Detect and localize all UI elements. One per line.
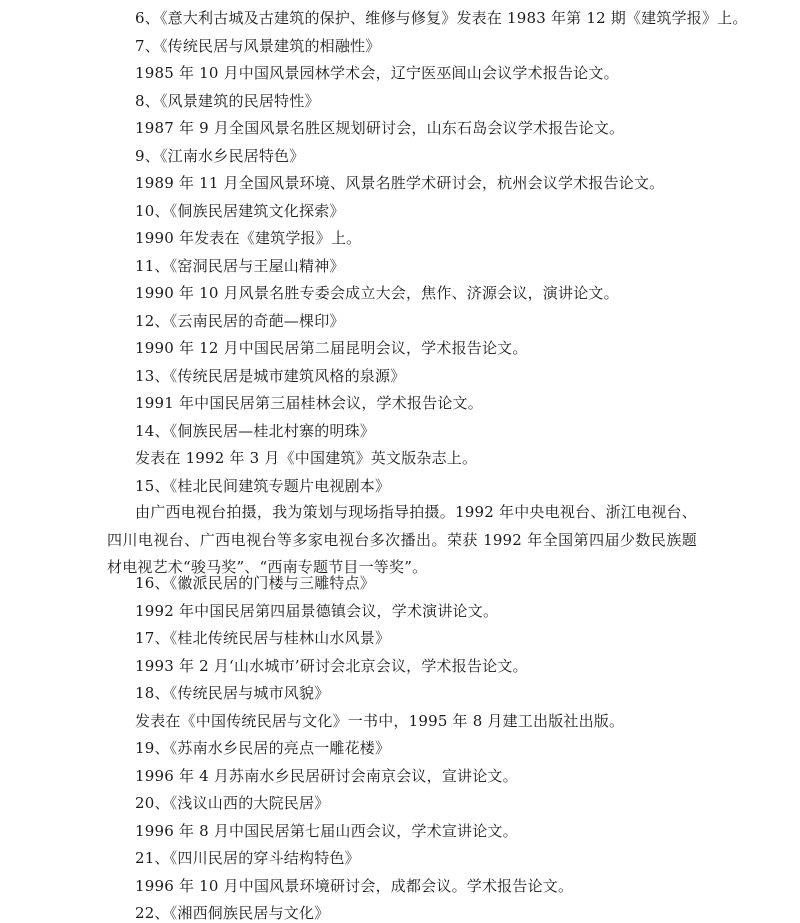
entry-detail-19: 1996 年 4 月苏南水乡民居研讨会南京会议，宣讲论文。 — [135, 766, 518, 786]
entry-title-8: 8、《风景建筑的民居特性》 — [135, 91, 320, 111]
entry-detail-11: 1990 年 10 月风景名胜专委会成立大会，焦作、济源会议，演讲论文。 — [135, 283, 619, 303]
entry-detail-21: 1996 年 10 月中国风景环境研讨会，成都会议。学术报告论文。 — [135, 876, 573, 896]
entry-detail-18: 发表在《中国传统民居与文化》一书中，1995 年 8 月建工出版社出版。 — [135, 711, 624, 731]
entry-title-7: 7、《传统民居与风景建筑的相融性》 — [135, 36, 380, 56]
entry-detail-7: 1985 年 10 月中国风景园林学术会，辽宁医巫闾山会议学术报告论文。 — [135, 63, 619, 83]
entry-title-10: 10、《侗族民居建筑文化探索》 — [135, 201, 345, 221]
entry-detail-10: 1990 年发表在《建筑学报》上。 — [135, 228, 361, 248]
entry-title-9: 9、《江南水乡民居特色》 — [135, 146, 304, 166]
entry-detail-16: 1992 年中国民居第四届景德镇会议，学术演讲论文。 — [135, 601, 498, 621]
entry-detail-14: 发表在 1992 年 3 月《中国建筑》英文版杂志上。 — [135, 448, 477, 468]
entry-title-17: 17、《桂北传统民居与桂林山水风景》 — [135, 628, 390, 648]
entry-title-14: 14、《侗族民居—桂北村寨的明珠》 — [135, 421, 375, 441]
entry-title-19: 19、《苏南水乡民居的亮点一雕花楼》 — [135, 738, 390, 758]
entry-title-11: 11、《窑洞民居与王屋山精神》 — [135, 256, 345, 276]
entry-detail-20: 1996 年 8 月中国民居第七届山西会议，学术宣讲论文。 — [135, 821, 518, 841]
entry-title-6: 6、《意大利古城及古建筑的保护、维修与修复》发表在 1983 年第 12 期《建… — [135, 8, 748, 28]
entry-detail-13: 1991 年中国民居第三届桂林会议，学术报告论文。 — [135, 393, 483, 413]
entry-title-22: 22、《湘西侗族民居与文化》 — [135, 903, 329, 923]
entry-detail-9: 1989 年 11 月全国风景环境、风景名胜学术研讨会，杭州会议学术报告论文。 — [135, 173, 664, 193]
entry-title-16: 16、《徽派民居的门楼与三雕特点》 — [135, 573, 375, 593]
entry-title-13: 13、《传统民居是城市建筑风格的泉源》 — [135, 366, 405, 386]
entry-detail-12: 1990 年 12 月中国民居第二届昆明会议，学术报告论文。 — [135, 338, 528, 358]
entry-title-15: 15、《桂北民间建筑专题片电视剧本》 — [135, 476, 390, 496]
entry-detail-15-paragraph: 由广西电视台拍摄，我为策划与现场指导拍摄。1992 年中央电视台、浙江电视台、四… — [107, 499, 697, 582]
entry-title-20: 20、《浅议山西的大院民居》 — [135, 793, 329, 813]
entry-title-12: 12、《云南民居的奇葩—棵印》 — [135, 311, 345, 331]
entry-detail-17: 1993 年 2 月‘山水城市’研讨会北京会议，学术报告论文。 — [135, 656, 528, 676]
entry-title-21: 21、《四川民居的穿斗结构特色》 — [135, 848, 360, 868]
document-page: 6、《意大利古城及古建筑的保护、维修与修复》发表在 1983 年第 12 期《建… — [0, 0, 800, 923]
entry-detail-8: 1987 年 9 月全国风景名胜区规划研讨会，山东石岛会议学术报告论文。 — [135, 118, 624, 138]
entry-title-18: 18、《传统民居与城市风貌》 — [135, 683, 329, 703]
